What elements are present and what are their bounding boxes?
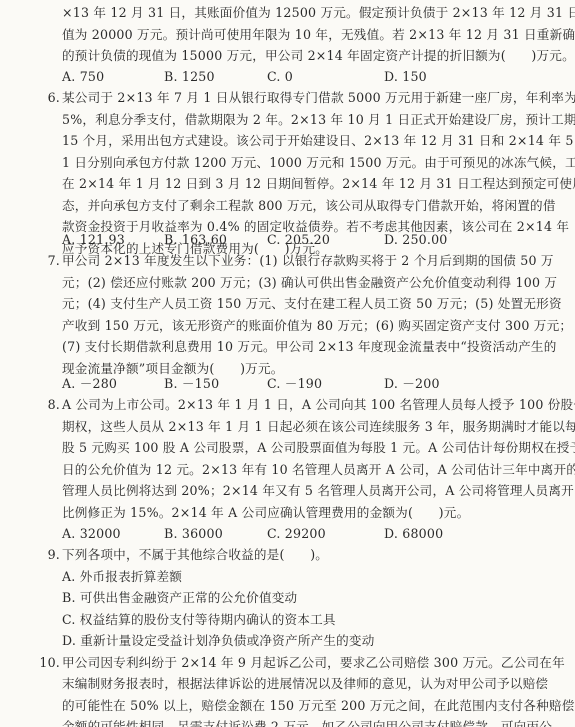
q8-line-1: A 公司为上市公司。2×13 年 1 月 1 日，A 公司向其 100 名管理人… <box>62 397 538 413</box>
q5-option-d[interactable]: D. 150 <box>384 69 427 85</box>
q6-option-c[interactable]: C. 205.20 <box>267 232 330 248</box>
q8-line-3: 股 5 元购买 100 股 A 公司股票，A 公司股票面值为每股 1 元。A 公… <box>62 440 538 456</box>
q7-line-2: 元；(2) 偿还应付账款 200 万元；(3) 确认可供出售金融资产公允价值变动… <box>62 275 538 291</box>
q7-option-d[interactable]: D. －200 <box>384 376 440 392</box>
q6-line-5: 在 2×14 年 1 月 12 日到 3 月 12 日期间暂停。2×14 年 1… <box>62 176 538 192</box>
q7-option-a[interactable]: A. －280 <box>62 376 117 392</box>
q7-line-3: 元；(4) 支付生产人员工资 150 万元、支付在建工程人员工资 50 万元；(… <box>62 296 538 312</box>
q9-option-c[interactable]: C. 权益结算的股份支付等待期内确认的资本工具 <box>62 612 336 628</box>
q7-line-1: 甲公司 2×13 年度发生以下业务：(1) 以银行存款购买将于 2 个月后到期的… <box>62 253 538 269</box>
exam-page: ×13 年 12 月 31 日，其账面价值为 12500 万元。假定预计负债于 … <box>0 0 575 727</box>
q9-option-a[interactable]: A. 外币报表折算差额 <box>62 569 182 585</box>
q8-option-d[interactable]: D. 68000 <box>384 526 443 542</box>
q9-option-d[interactable]: D. 重新计量设定受益计划净负债或净资产所产生的变动 <box>62 633 375 649</box>
q6-line-4: 1 日分别向承包方付款 1200 万元、1000 万元和 1500 万元。由于可… <box>62 155 538 171</box>
q9-number: 9. <box>0 547 60 563</box>
q6-line-6: 态，并向承包方支付了剩余工程款 800 万元，该公司从取得专门借款开始，将闲置的… <box>62 198 538 214</box>
q7-option-b[interactable]: B. －150 <box>164 376 219 392</box>
q6-line-1: 某公司于 2×13 年 7 月 1 日从银行取得专门借款 5000 万元用于新建… <box>62 90 538 106</box>
q6-option-d[interactable]: D. 250.00 <box>384 232 448 248</box>
q7-option-c[interactable]: C. －190 <box>267 376 322 392</box>
q10-line-3: 的可能性在 50% 以上，赔偿金额在 150 万元至 200 万元之间，在此范围… <box>62 698 538 714</box>
q8-number: 8. <box>0 397 60 413</box>
q7-line-6: 现金流量净额”项目金额为( )万元。 <box>62 361 538 377</box>
q8-line-2: 期权，这些人员从 2×13 年 1 月 1 日起必须在该公司连续服务 3 年，服… <box>62 419 538 435</box>
q9-option-b[interactable]: B. 可供出售金融资产正常的公允价值变动 <box>62 590 297 606</box>
q7-line-4: 产收到 150 万元，该无形资产的账面价值为 80 万元；(6) 购买固定资产支… <box>62 318 538 334</box>
q8-line-6: 比例修正为 15%。2×14 年 A 公司应确认管理费用的金额为( )元。 <box>62 505 538 521</box>
q6-option-a[interactable]: A. 121.93 <box>62 232 125 248</box>
q5-line-2: 值为 20000 万元。预计尚可使用年限为 10 年，无残值。若 2×13 年 … <box>62 27 538 43</box>
q10-line-4: 金额的可能性相同，另需支付诉讼费 2 万元。如乙公司向甲公司支付赔偿款，可向丙公 <box>62 719 538 727</box>
q6-line-3: 15 个月，采用出包方式建设。该公司于开始建设日、2×13 年 12 月 31 … <box>62 133 538 149</box>
q9-stem: 下列各项中，不属于其他综合收益的是( )。 <box>62 547 328 563</box>
q6-number: 6. <box>0 90 60 106</box>
q8-option-c[interactable]: C. 29200 <box>267 526 326 542</box>
q8-option-a[interactable]: A. 32000 <box>62 526 121 542</box>
q5-option-c[interactable]: C. 0 <box>267 69 293 85</box>
q6-line-2: 5%，利息分季支付，借款期限为 2 年。2×13 年 10 月 1 日正式开始建… <box>62 112 538 128</box>
q7-number: 7. <box>0 253 60 269</box>
q10-line-2: 末编制财务报表时，根据法律诉讼的进展情况以及律师的意见，认为对甲公司予以赔偿 <box>62 676 538 692</box>
q5-option-b[interactable]: B. 1250 <box>164 69 215 85</box>
q5-line-3: 的预计负债的现值为 15000 万元，甲公司 2×14 年固定资产计提的折旧额为… <box>62 48 538 64</box>
q10-number: 10. <box>0 655 60 671</box>
q8-option-b[interactable]: B. 36000 <box>164 526 223 542</box>
q6-option-b[interactable]: B. 163.60 <box>164 232 227 248</box>
q8-line-4: 日的公允价值为 12 元。2×13 年有 10 名管理人员离开 A 公司，A 公… <box>62 462 538 478</box>
q8-line-5: 管理人员比例将达到 20%；2×14 年又有 5 名管理人员离开公司，A 公司将… <box>62 483 538 499</box>
q5-line-1: ×13 年 12 月 31 日，其账面价值为 12500 万元。假定预计负债于 … <box>62 5 538 21</box>
q7-line-5: (7) 支付长期借款利息费用 10 万元。甲公司 2×13 年度现金流量表中“投… <box>62 339 538 355</box>
q10-line-1: 甲公司因专利纠纷于 2×14 年 9 月起诉乙公司，要求乙公司赔偿 300 万元… <box>62 655 538 671</box>
q5-option-a[interactable]: A. 750 <box>62 69 104 85</box>
